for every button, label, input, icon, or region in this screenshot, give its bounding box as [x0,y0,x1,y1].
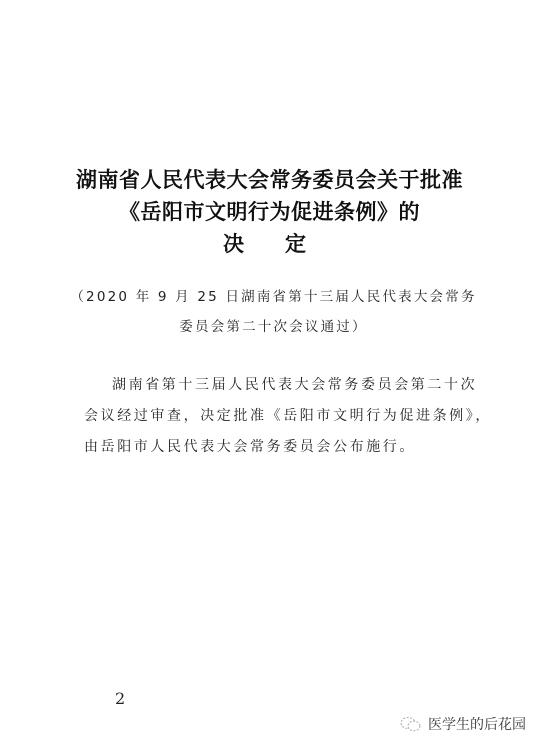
document-page: 湖南省人民代表大会常务委员会关于批准 《岳阳市文明行为促进条例》的 决 定 （2… [0,0,539,753]
adoption-note-line-1: （2020 年 9 月 25 日湖南省第十三届人民代表大会常务 [4,285,539,305]
wechat-icon [400,716,422,732]
watermark-label: 医学生的后花园 [428,714,526,734]
body-paragraph-line-1: 湖南省第十三届人民代表大会常务委员会第二十次 [112,374,477,394]
document-title-line-3: 决 定 [0,228,539,258]
page-number: 2 [115,689,125,708]
document-title-line-1: 湖南省人民代表大会常务委员会关于批准 [0,164,539,194]
adoption-note-line-2: 委员会第二十次会议通过） [4,315,539,335]
body-paragraph-line-2: 会议经过审查，决定批准《岳阳市文明行为促进条例》， [84,405,492,425]
document-title-line-2: 《岳阳市文明行为促进条例》的 [0,196,539,226]
body-paragraph-line-3: 由岳阳市人民代表大会常务委员会公布施行。 [84,436,416,456]
watermark: 医学生的后花园 [400,714,526,734]
